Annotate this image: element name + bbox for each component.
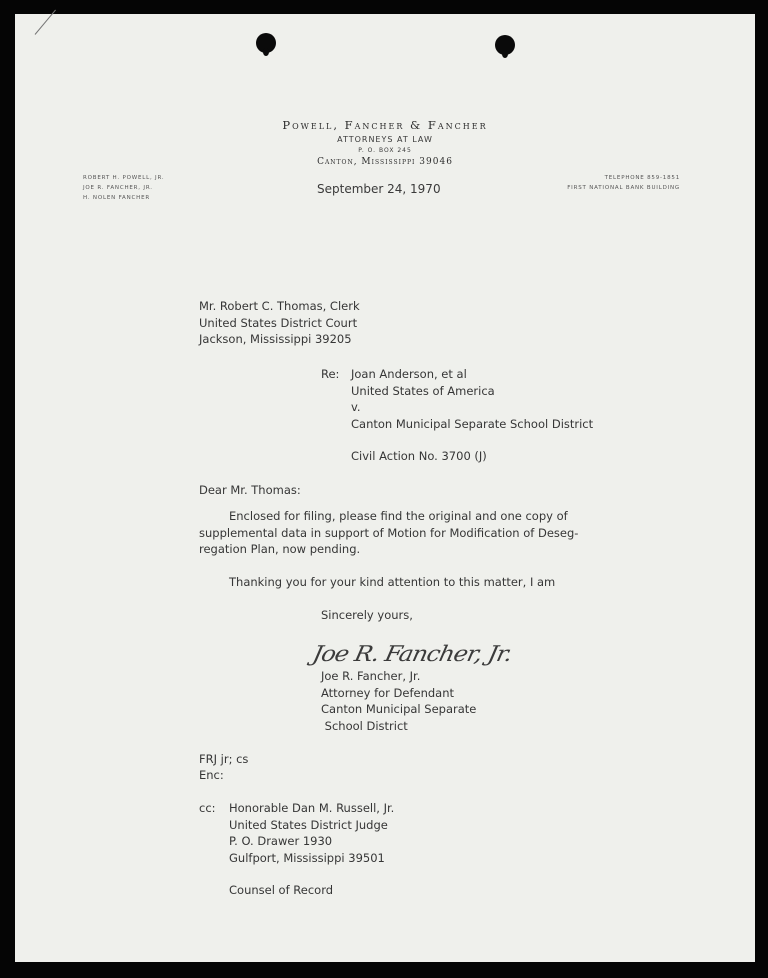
partner-name: ROBERT H. POWELL, JR. [83,173,164,183]
recipient-line: Jackson, Mississippi 39205 [199,331,360,348]
cc-block: Honorable Dan M. Russell, Jr. United Sta… [229,800,394,899]
closing: Sincerely yours, [321,607,413,624]
firm-name: Powell, Fancher & Fancher [15,118,755,132]
firm-city: Canton, Mississippi 39046 [15,157,755,167]
letter-date: September 24, 1970 [317,182,441,196]
signature-block: Joe R. Fancher, Jr. Attorney for Defenda… [321,668,476,734]
telephone: TELEPHONE 859-1851 [540,173,680,183]
re-line: v. [351,399,593,416]
civil-action: Civil Action No. 3700 (J) [351,448,593,465]
cc-line: Gulfport, Mississippi 39501 [229,850,394,867]
re-label: Re: [321,366,339,383]
firm-subtitle: ATTORNEYS AT LAW [15,135,755,144]
re-line: Canton Municipal Separate School Distric… [351,416,593,433]
recipient-address: Mr. Robert C. Thomas, Clerk United State… [199,298,360,348]
partner-name: JOE R. FANCHER, JR. [83,183,164,193]
paragraph-2: Thanking you for your kind attention to … [229,574,555,591]
cc-additional: Counsel of Record [229,882,394,899]
cc-line: Honorable Dan M. Russell, Jr. [229,800,394,817]
building: FIRST NATIONAL BANK BUILDING [540,183,680,193]
salutation: Dear Mr. Thomas: [199,482,301,499]
paragraph-1: Enclosed for filing, please find the ori… [199,508,578,558]
re-line: Joan Anderson, et al [351,366,593,383]
signature-line: Canton Municipal Separate [321,701,476,718]
cc-line: P. O. Drawer 1930 [229,833,394,850]
signature-line: Attorney for Defendant [321,685,476,702]
contact-info: TELEPHONE 859-1851 FIRST NATIONAL BANK B… [540,173,680,193]
partners-list: ROBERT H. POWELL, JR. JOE R. FANCHER, JR… [83,173,164,203]
cc-label: cc: [199,800,216,817]
paragraph-line: regation Plan, now pending. [199,541,578,558]
recipient-line: Mr. Robert C. Thomas, Clerk [199,298,360,315]
partner-name: H. NOLEN FANCHER [83,193,164,203]
re-line: United States of America [351,383,593,400]
reference-initials: FRJ jr; cs [199,751,248,768]
po-box: P. O. BOX 245 [15,147,755,154]
letter-page: Powell, Fancher & Fancher ATTORNEYS AT L… [15,14,755,962]
punch-hole-left [256,33,276,53]
recipient-line: United States District Court [199,315,360,332]
signature-line: Joe R. Fancher, Jr. [321,668,476,685]
signature: Joe R. Fancher, Jr. [310,641,514,666]
paragraph-line: supplemental data in support of Motion f… [199,525,578,542]
re-block: Joan Anderson, et al United States of Am… [351,366,593,465]
paragraph-line: Enclosed for filing, please find the ori… [199,508,578,525]
cc-line: United States District Judge [229,817,394,834]
punch-hole-right [495,35,515,55]
pencil-mark [35,10,56,35]
enclosure-note: Enc: [199,767,224,784]
signature-line: School District [321,718,476,735]
